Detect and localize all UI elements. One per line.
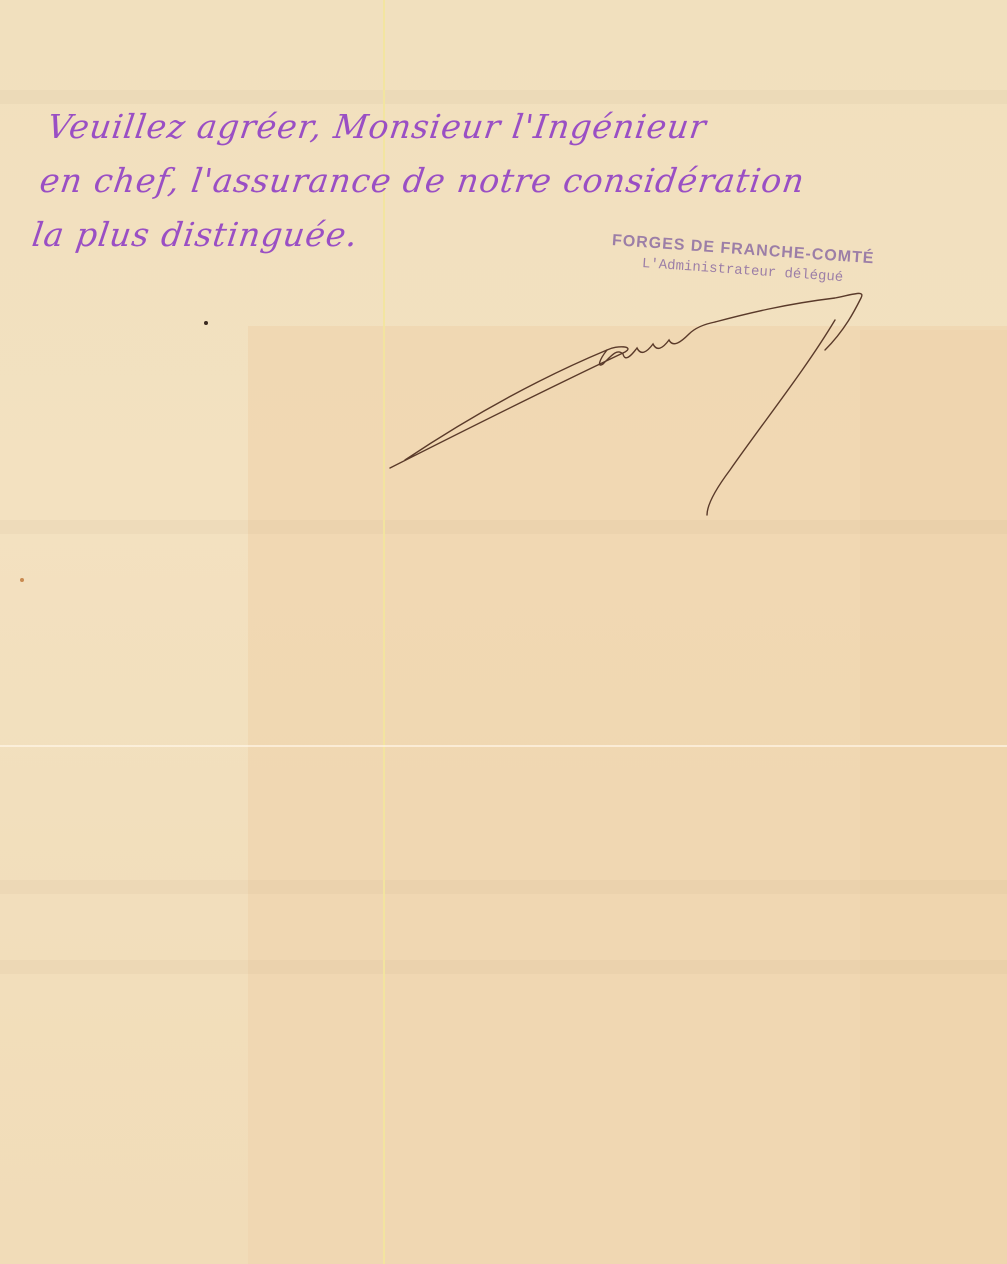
paper-fold-horizontal [0,745,1007,747]
ink-speck [20,578,24,582]
company-stamp: FORGES DE FRANCHE-COMTÉ L'Administrateur… [612,232,875,272]
bleed-through-text [0,960,1007,974]
closing-line-2: en chef, l'assurance de notre considérat… [36,154,984,208]
closing-line-1: Veuillez agréer, Monsieur l'Ingénieur [44,100,992,154]
bleed-through-text [0,880,1007,894]
signature-icon [385,290,905,530]
ink-speck [204,321,208,325]
